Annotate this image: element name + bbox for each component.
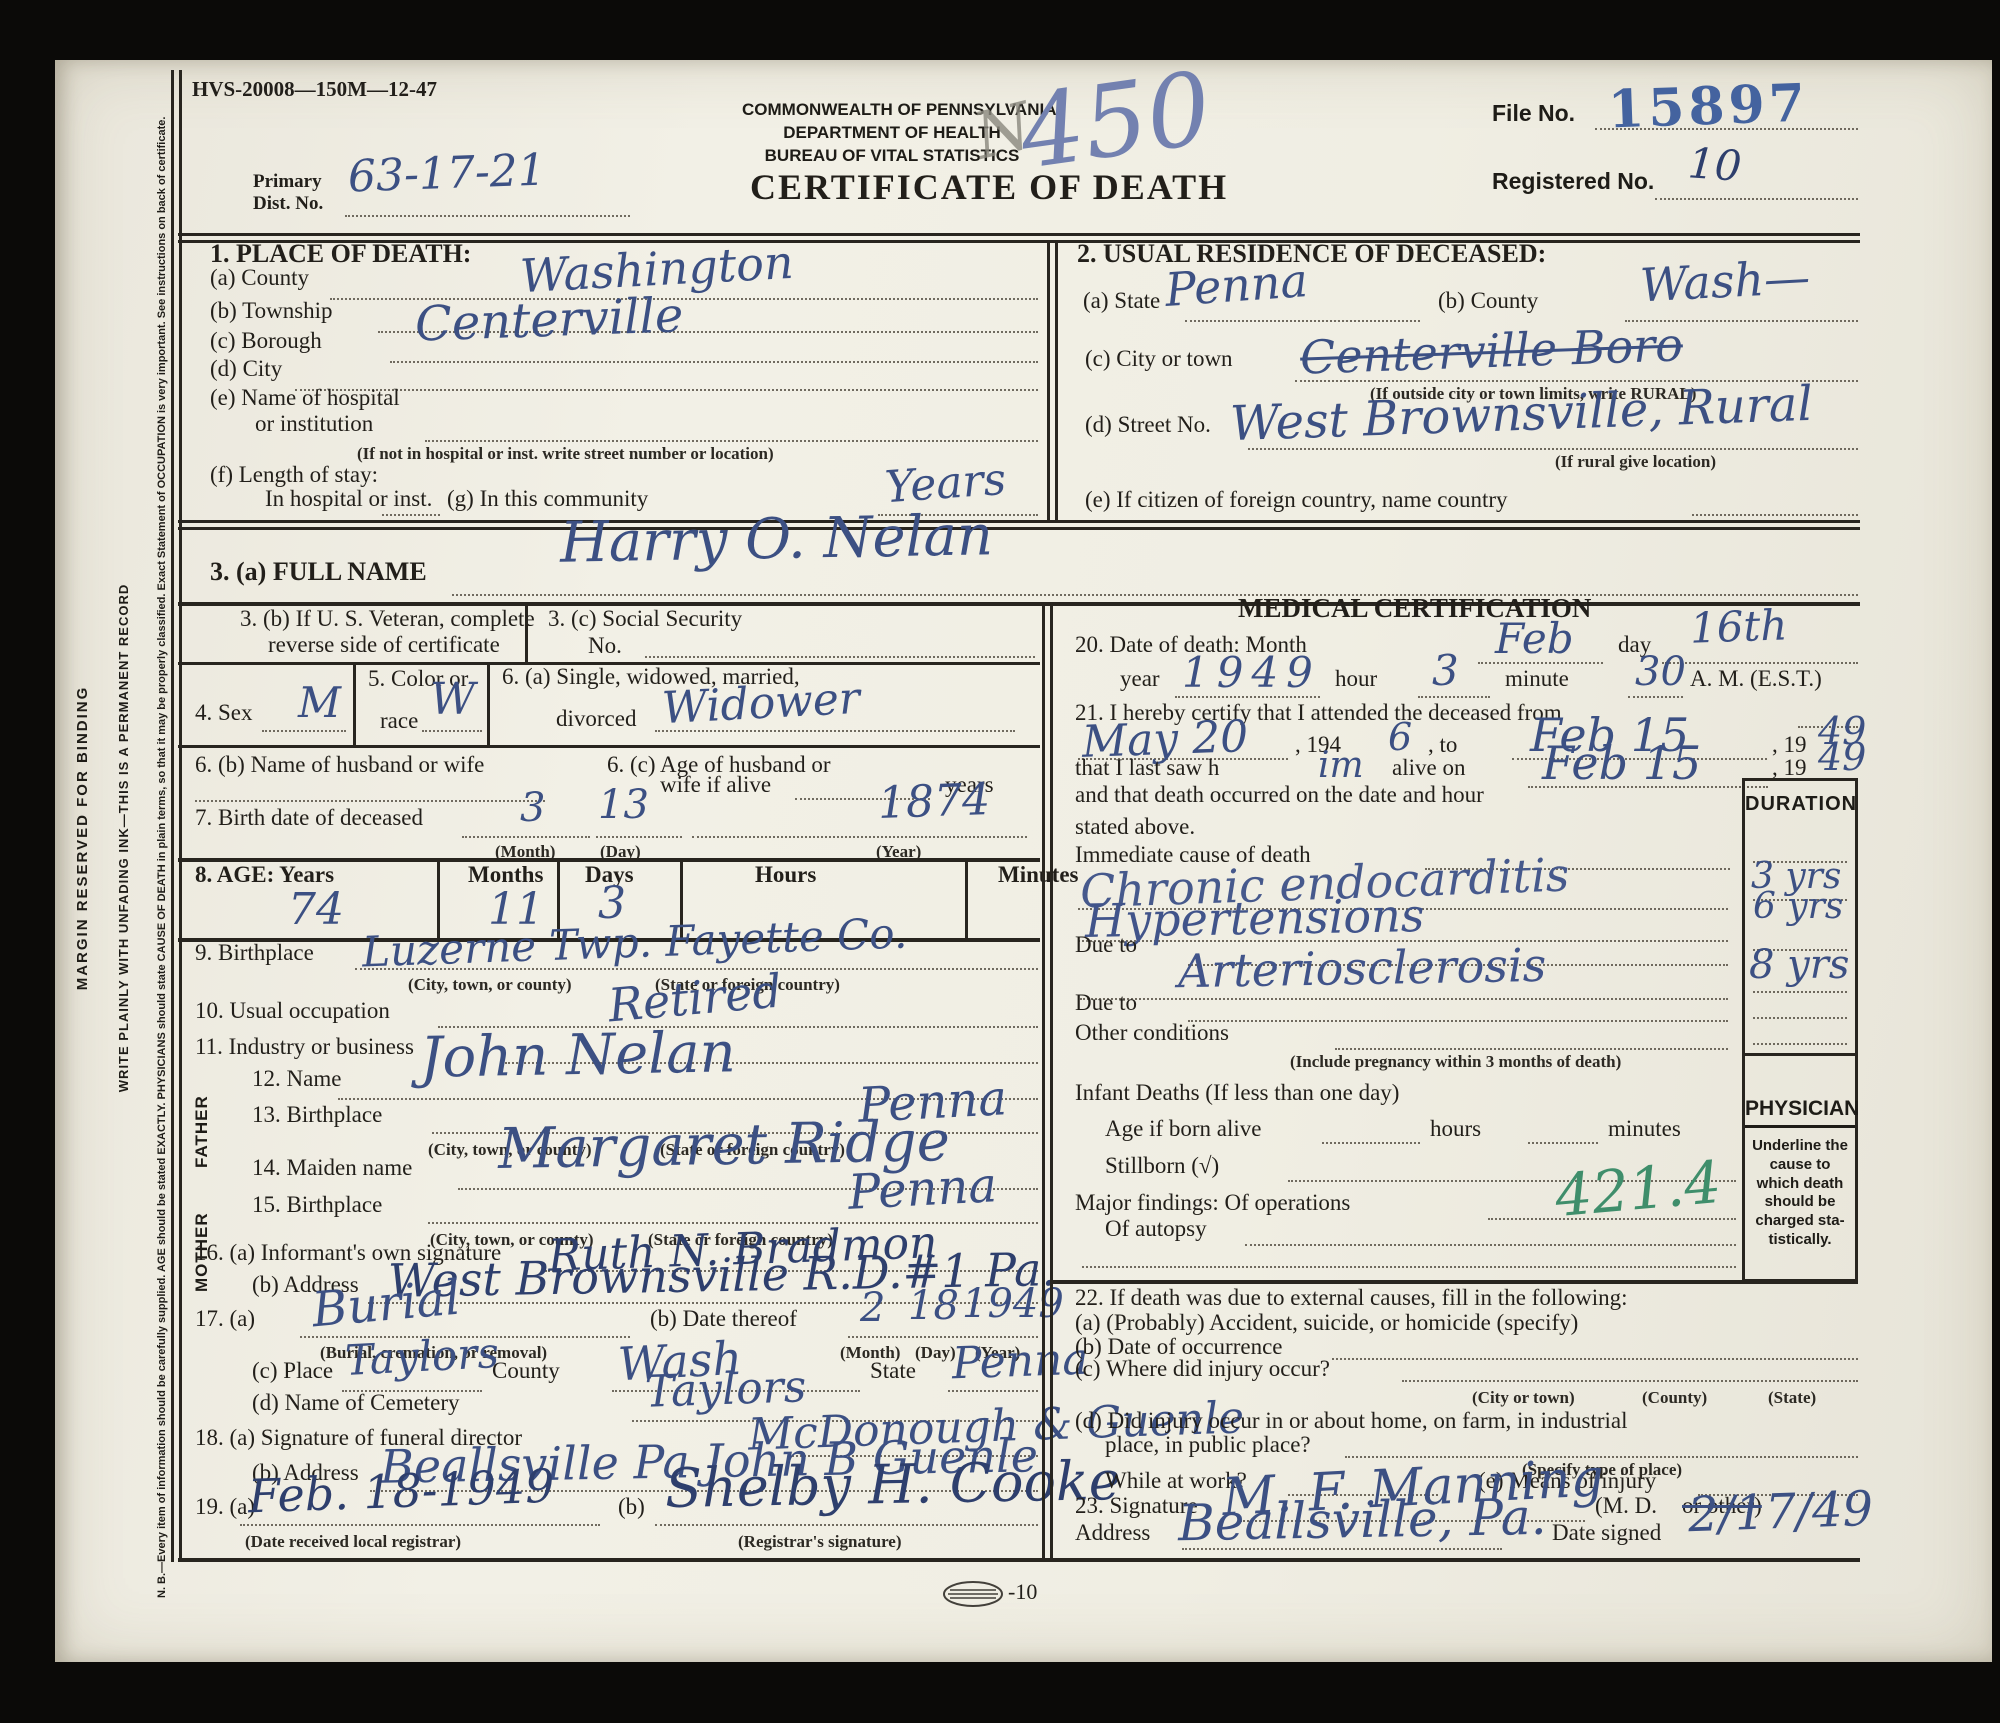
- birthplace-place-note: (City, town, or county): [408, 975, 572, 995]
- cemetery-label: (d) Name of Cemetery: [252, 1390, 460, 1415]
- p19-label2: , 19: [1772, 755, 1807, 780]
- ssn-label1: 3. (c) Social Security: [548, 606, 742, 631]
- leader-line: [390, 361, 1038, 363]
- community-label: (g) In this community: [447, 486, 648, 511]
- duration-title: DURATION: [1745, 793, 1855, 816]
- binding-margin: MARGIN RESERVED FOR BINDING WRITE PLAINL…: [74, 78, 170, 1598]
- spouse-age-label2: wife if alive: [660, 772, 771, 797]
- death-year-value: 1949: [1182, 652, 1321, 694]
- leader-line: [655, 1524, 1038, 1526]
- mother-birthplace-label: 15. Birthplace: [252, 1192, 382, 1217]
- date-signed-label: Date signed: [1552, 1520, 1661, 1545]
- ampm-label: A. M. (E.S.T.): [1690, 666, 1822, 691]
- marital-value: Widower: [661, 677, 861, 731]
- last-saw-value: Feb 15: [1542, 740, 1701, 786]
- disposal-county-label: County: [492, 1358, 560, 1383]
- disposal-state-value: Penna: [951, 1338, 1089, 1387]
- leader-line: [948, 1390, 1038, 1392]
- last-saw-post: alive on: [1392, 755, 1465, 780]
- leader-line: [1082, 1266, 1736, 1268]
- disposal-date-day: 18: [908, 1286, 959, 1326]
- leader-line: [345, 215, 630, 217]
- birth-year-value: 1874: [877, 778, 990, 826]
- duration3-value: 8 yrs: [1749, 945, 1849, 985]
- disposal-place-value: Taylors: [344, 1332, 500, 1382]
- leader-line: [240, 1524, 600, 1526]
- disposal-day-sublabel: (Day): [915, 1343, 956, 1363]
- leader-line: [382, 514, 440, 516]
- veteran-label2: reverse side of certificate: [268, 632, 500, 657]
- certifier-address: Beallsville, Pa.: [1178, 1492, 1547, 1548]
- autopsy-label: Of autopsy: [1105, 1216, 1207, 1241]
- ssn-label2: No.: [588, 633, 622, 658]
- veteran-label1: 3. (b) If U. S. Veteran, complete: [240, 606, 535, 631]
- external-d-label1: (d) Did injury occur in or about home, o…: [1075, 1408, 1628, 1433]
- residence-title: 2. USUAL RESIDENCE OF DECEASED:: [1077, 240, 1546, 269]
- leader-line: [596, 836, 682, 838]
- leader-line: [1322, 1142, 1420, 1144]
- column-divider: [1042, 602, 1053, 1558]
- full-name-label: 3. (a) FULL NAME: [210, 558, 427, 587]
- registrar-label-a: 19. (a): [195, 1494, 255, 1519]
- rule: [1052, 1280, 1858, 1284]
- registrar-sig-note: (Registrar's signature): [738, 1532, 902, 1552]
- leader-line: [452, 594, 1858, 596]
- leader-line: [1402, 1380, 1858, 1382]
- birth-date-label: 7. Birth date of deceased: [195, 805, 423, 830]
- leader-line: [1628, 696, 1683, 698]
- other-conditions-label: Other conditions: [1075, 1020, 1229, 1045]
- mother-birthplace-value: Penna: [847, 1161, 998, 1217]
- external-a-label: (a) (Probably) Accident, suicide, or hom…: [1075, 1310, 1578, 1335]
- leader-line: [462, 836, 590, 838]
- primary-label: Primary: [253, 172, 322, 193]
- disposal-type: Burial: [310, 1274, 462, 1335]
- duration2-value: 6 yrs: [1753, 889, 1843, 925]
- street-note: (If rural give location): [1555, 452, 1716, 472]
- margin-binding-note: MARGIN RESERVED FOR BINDING: [74, 78, 91, 1598]
- certifier-addr-label: Address: [1075, 1520, 1150, 1545]
- leader-line: [295, 389, 1038, 391]
- disposal-place-label: (c) Place: [252, 1358, 333, 1383]
- infant-deaths-label: Infant Deaths (If less than one day): [1075, 1080, 1399, 1105]
- death-minute-label: minute: [1505, 666, 1569, 691]
- leader-line: [1692, 514, 1858, 516]
- birth-month-value: 3: [520, 788, 545, 828]
- age-years-value: 74: [288, 888, 344, 932]
- hospital-label2: or institution: [255, 411, 373, 436]
- marital-label2: divorced: [556, 706, 636, 731]
- race-value: W: [430, 678, 475, 722]
- mother-side-label: MOTHER: [192, 1172, 212, 1292]
- external-c-note3: (State): [1768, 1388, 1816, 1408]
- registrar-date-note: (Date received local registrar): [245, 1532, 461, 1552]
- rule: [178, 745, 1040, 748]
- father-birthplace-label: 13. Birthplace: [252, 1102, 382, 1127]
- dist-no-label: Dist. No.: [253, 194, 323, 215]
- attended-from-year: 6: [1388, 718, 1412, 756]
- disposal-state-label: State: [870, 1358, 916, 1383]
- spouse-label: 6. (b) Name of husband or wife: [195, 752, 484, 777]
- bottom-rule: [178, 1558, 1860, 1562]
- dist-no-value: 63-17-21: [347, 149, 546, 200]
- father-name-label: 12. Name: [252, 1066, 341, 1091]
- death-hour-value: 3: [1432, 650, 1459, 692]
- county-label: (a) County: [210, 265, 309, 290]
- md-label: (M. D.: [1595, 1493, 1657, 1518]
- leader-line: [1418, 696, 1490, 698]
- leader-line: [262, 730, 346, 732]
- cell-divider: [965, 858, 968, 938]
- death-year-label: year: [1120, 666, 1160, 691]
- citizen-label: (e) If citizen of foreign country, name …: [1085, 487, 1508, 512]
- registrar-date-received: Feb. 18-1949: [247, 1463, 555, 1520]
- leader-line: [1335, 1048, 1728, 1050]
- disposal-label: 17. (a): [195, 1306, 255, 1331]
- due-to-label1: Due to: [1075, 932, 1137, 957]
- other-conditions-note: (Include pregnancy within 3 months of de…: [1290, 1052, 1621, 1072]
- residence-state-value: Penna: [1164, 257, 1310, 313]
- occurred-statement1: and that death occurred on the date and …: [1075, 782, 1484, 807]
- registered-no-label: Registered No.: [1492, 168, 1654, 195]
- due-to-label2: Due to: [1075, 990, 1137, 1015]
- residence-county-value: Wash—: [1639, 254, 1811, 309]
- cell-divider: [487, 662, 490, 745]
- born-hours-label: hours: [1430, 1116, 1481, 1141]
- last-saw-year: 49: [1818, 738, 1866, 776]
- date-signed-value: 2/17/49: [1687, 1485, 1874, 1539]
- residence-city-value-struck: Centerville Boro: [1299, 321, 1683, 380]
- disposal-date-label: (b) Date thereof: [650, 1306, 797, 1331]
- page-mark: -10: [1008, 1580, 1037, 1604]
- external-title: 22. If death was due to external causes,…: [1075, 1285, 1627, 1310]
- section-rule: [178, 520, 1860, 530]
- leader-line: [1185, 320, 1420, 322]
- leader-line: [1753, 1017, 1847, 1019]
- union-label-icon: [942, 1580, 1004, 1608]
- death-hour-label: hour: [1335, 666, 1377, 691]
- major-findings-label: Major findings: Of operations: [1075, 1190, 1350, 1215]
- leader-line: [645, 656, 1035, 658]
- birth-day-value: 13: [598, 785, 649, 825]
- leader-line: [422, 730, 482, 732]
- leader-line: [1662, 662, 1858, 664]
- cell-divider: [353, 662, 356, 745]
- leader-line: [692, 836, 1027, 838]
- physician-title: PHYSICIAN: [1745, 1097, 1855, 1128]
- born-minutes-label: minutes: [1608, 1116, 1681, 1141]
- leader-line: [425, 440, 1038, 442]
- death-day-value: 16th: [1689, 604, 1788, 649]
- age-born-label: Age if born alive: [1105, 1116, 1261, 1141]
- leader-line: [1753, 991, 1847, 993]
- due1-value: Arteriosclerosis: [1178, 942, 1547, 994]
- last-saw-him: im: [1318, 748, 1364, 784]
- form-number: HVS-20008—150M—12-47: [192, 78, 437, 101]
- death-month-value: Feb: [1495, 618, 1574, 660]
- age-hours-label: Hours: [755, 862, 816, 887]
- township-value: Centerville: [414, 291, 684, 348]
- occurred-statement2: stated above.: [1075, 814, 1195, 839]
- city-label: (d) City: [210, 356, 282, 381]
- file-no-label: File No.: [1492, 100, 1575, 127]
- mother-name-label: 14. Maiden name: [252, 1155, 412, 1180]
- leader-line: [1188, 1020, 1728, 1022]
- findings-code-value: 421.4: [1553, 1153, 1723, 1225]
- margin-write-plainly-note: WRITE PLAINLY WITH UNFADING INK—THIS IS …: [116, 78, 131, 1598]
- full-name-value: Harry O. Nelan: [560, 508, 994, 572]
- residence-state-label: (a) State: [1083, 288, 1160, 313]
- leader-line: [1528, 1142, 1598, 1144]
- external-d-label2: place, in public place?: [1105, 1432, 1311, 1457]
- physician-note: Underline the cause to which death shoul…: [1751, 1137, 1849, 1250]
- registered-no-value: 10: [1687, 142, 1743, 188]
- sex-value: M: [298, 682, 341, 724]
- hospital-note: (If not in hospital or inst. write stree…: [357, 444, 774, 464]
- last-saw-pre: that I last saw h: [1075, 755, 1219, 780]
- stay-inst-label: In hospital or inst.: [265, 486, 432, 511]
- father-name-value: John Nelan: [420, 1025, 737, 1086]
- cemetery-value: Taylors: [644, 1365, 807, 1415]
- borough-label: (c) Borough: [210, 328, 322, 353]
- margin-nb-note: N. B.—Every item of information should b…: [156, 78, 170, 1598]
- disposal-date-month: 2: [860, 1288, 885, 1328]
- leader-line: [1655, 198, 1858, 200]
- leader-line: [1332, 1358, 1858, 1360]
- leader-line: [195, 800, 545, 802]
- death-minute-value: 30: [1635, 652, 1686, 692]
- birthplace-label: 9. Birthplace: [195, 940, 314, 965]
- file-no-stamp: 15897: [1607, 73, 1810, 141]
- margin-rule: [171, 70, 182, 1562]
- stay-label: (f) Length of stay:: [210, 462, 378, 487]
- registrar-label-b: (b): [618, 1494, 645, 1519]
- occupation-label: 10. Usual occupation: [195, 998, 390, 1023]
- residence-county-label: (b) County: [1438, 288, 1538, 313]
- column-divider: [1047, 242, 1058, 520]
- stillborn-label: Stillborn (√): [1105, 1153, 1219, 1178]
- residence-city-label: (c) City or town: [1085, 346, 1233, 371]
- industry-label: 11. Industry or business: [195, 1034, 414, 1059]
- duration-box: DURATION 3 yrs 6 yrs 8 yrs PHYSICIAN Und…: [1742, 778, 1858, 1282]
- sex-label: 4. Sex: [195, 700, 253, 725]
- external-c-label: (c) Where did injury occur?: [1075, 1356, 1330, 1381]
- hospital-label1: (e) Name of hospital: [210, 385, 400, 410]
- death-certificate-scan: MARGIN RESERVED FOR BINDING WRITE PLAINL…: [0, 0, 2000, 1723]
- external-c-note1: (City or town): [1472, 1388, 1575, 1408]
- rule: [1745, 1053, 1855, 1056]
- township-label: (b) Township: [210, 298, 333, 323]
- to-word: , to: [1428, 732, 1457, 757]
- street-label: (d) Street No.: [1085, 412, 1211, 437]
- color-label2: race: [380, 708, 418, 733]
- external-c-note2: (County): [1642, 1388, 1707, 1408]
- p19-label: , 19: [1772, 732, 1807, 757]
- cell-divider: [525, 602, 528, 662]
- leader-line: [1080, 998, 1728, 1000]
- occupation-value: Retired: [606, 968, 783, 1029]
- age-minutes-label: Minutes: [998, 862, 1079, 887]
- leader-line: [1753, 1043, 1847, 1045]
- leader-line: [1245, 1244, 1736, 1246]
- father-side-label: FATHER: [192, 1048, 212, 1168]
